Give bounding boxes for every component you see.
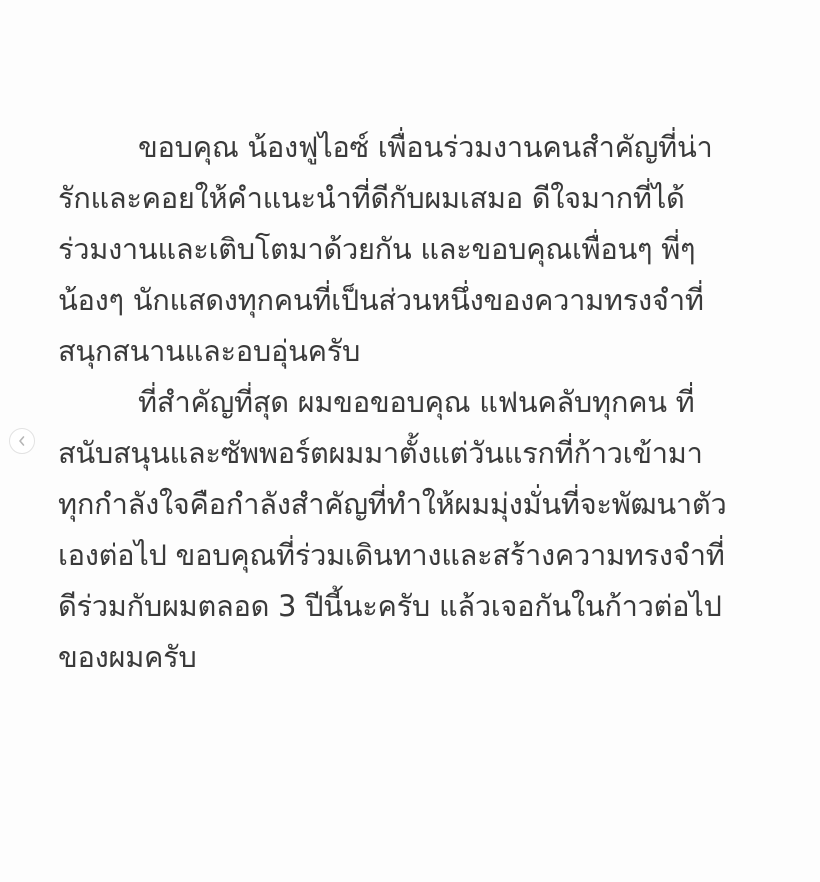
text-line: น้องๆ นักแสดงทุกคนที่เป็นส่วนหนึ่งของควา… [58, 275, 778, 326]
post-image: ขอบคุณ น้องฟูไอซ์ เพื่อนร่วมงานคนสำคัญที… [0, 0, 820, 882]
text-line: รักและคอยให้คำแนะนำที่ดีกับผมเสมอ ดีใจมา… [58, 173, 778, 224]
text-line: สนับสนุนและซัพพอร์ตผมมาตั้งแต่วันแรกที่ก… [58, 428, 778, 479]
text-line: ดีร่วมกับผมตลอด 3 ปีนี้นะครับ แล้วเจอกัน… [58, 581, 778, 632]
chevron-left-icon [17, 435, 27, 447]
text-line: ของผมครับ [58, 632, 778, 683]
text-line: ที่สำคัญที่สุด ผมขอขอบคุณ แฟนคลับทุกคน ท… [58, 377, 778, 428]
text-line: ร่วมงานและเติบโตมาด้วยกัน และขอบคุณเพื่อ… [58, 224, 778, 275]
carousel-prev-button[interactable] [9, 428, 35, 454]
text-line: ทุกกำลังใจคือกำลังสำคัญที่ทำให้ผมมุ่งมั่… [58, 479, 778, 530]
text-line: สนุกสนานและอบอุ่นครับ [58, 326, 778, 377]
post-text: ขอบคุณ น้องฟูไอซ์ เพื่อนร่วมงานคนสำคัญที… [58, 122, 778, 683]
text-line: ขอบคุณ น้องฟูไอซ์ เพื่อนร่วมงานคนสำคัญที… [58, 122, 778, 173]
text-line: เองต่อไป ขอบคุณที่ร่วมเดินทางและสร้างควา… [58, 530, 778, 581]
